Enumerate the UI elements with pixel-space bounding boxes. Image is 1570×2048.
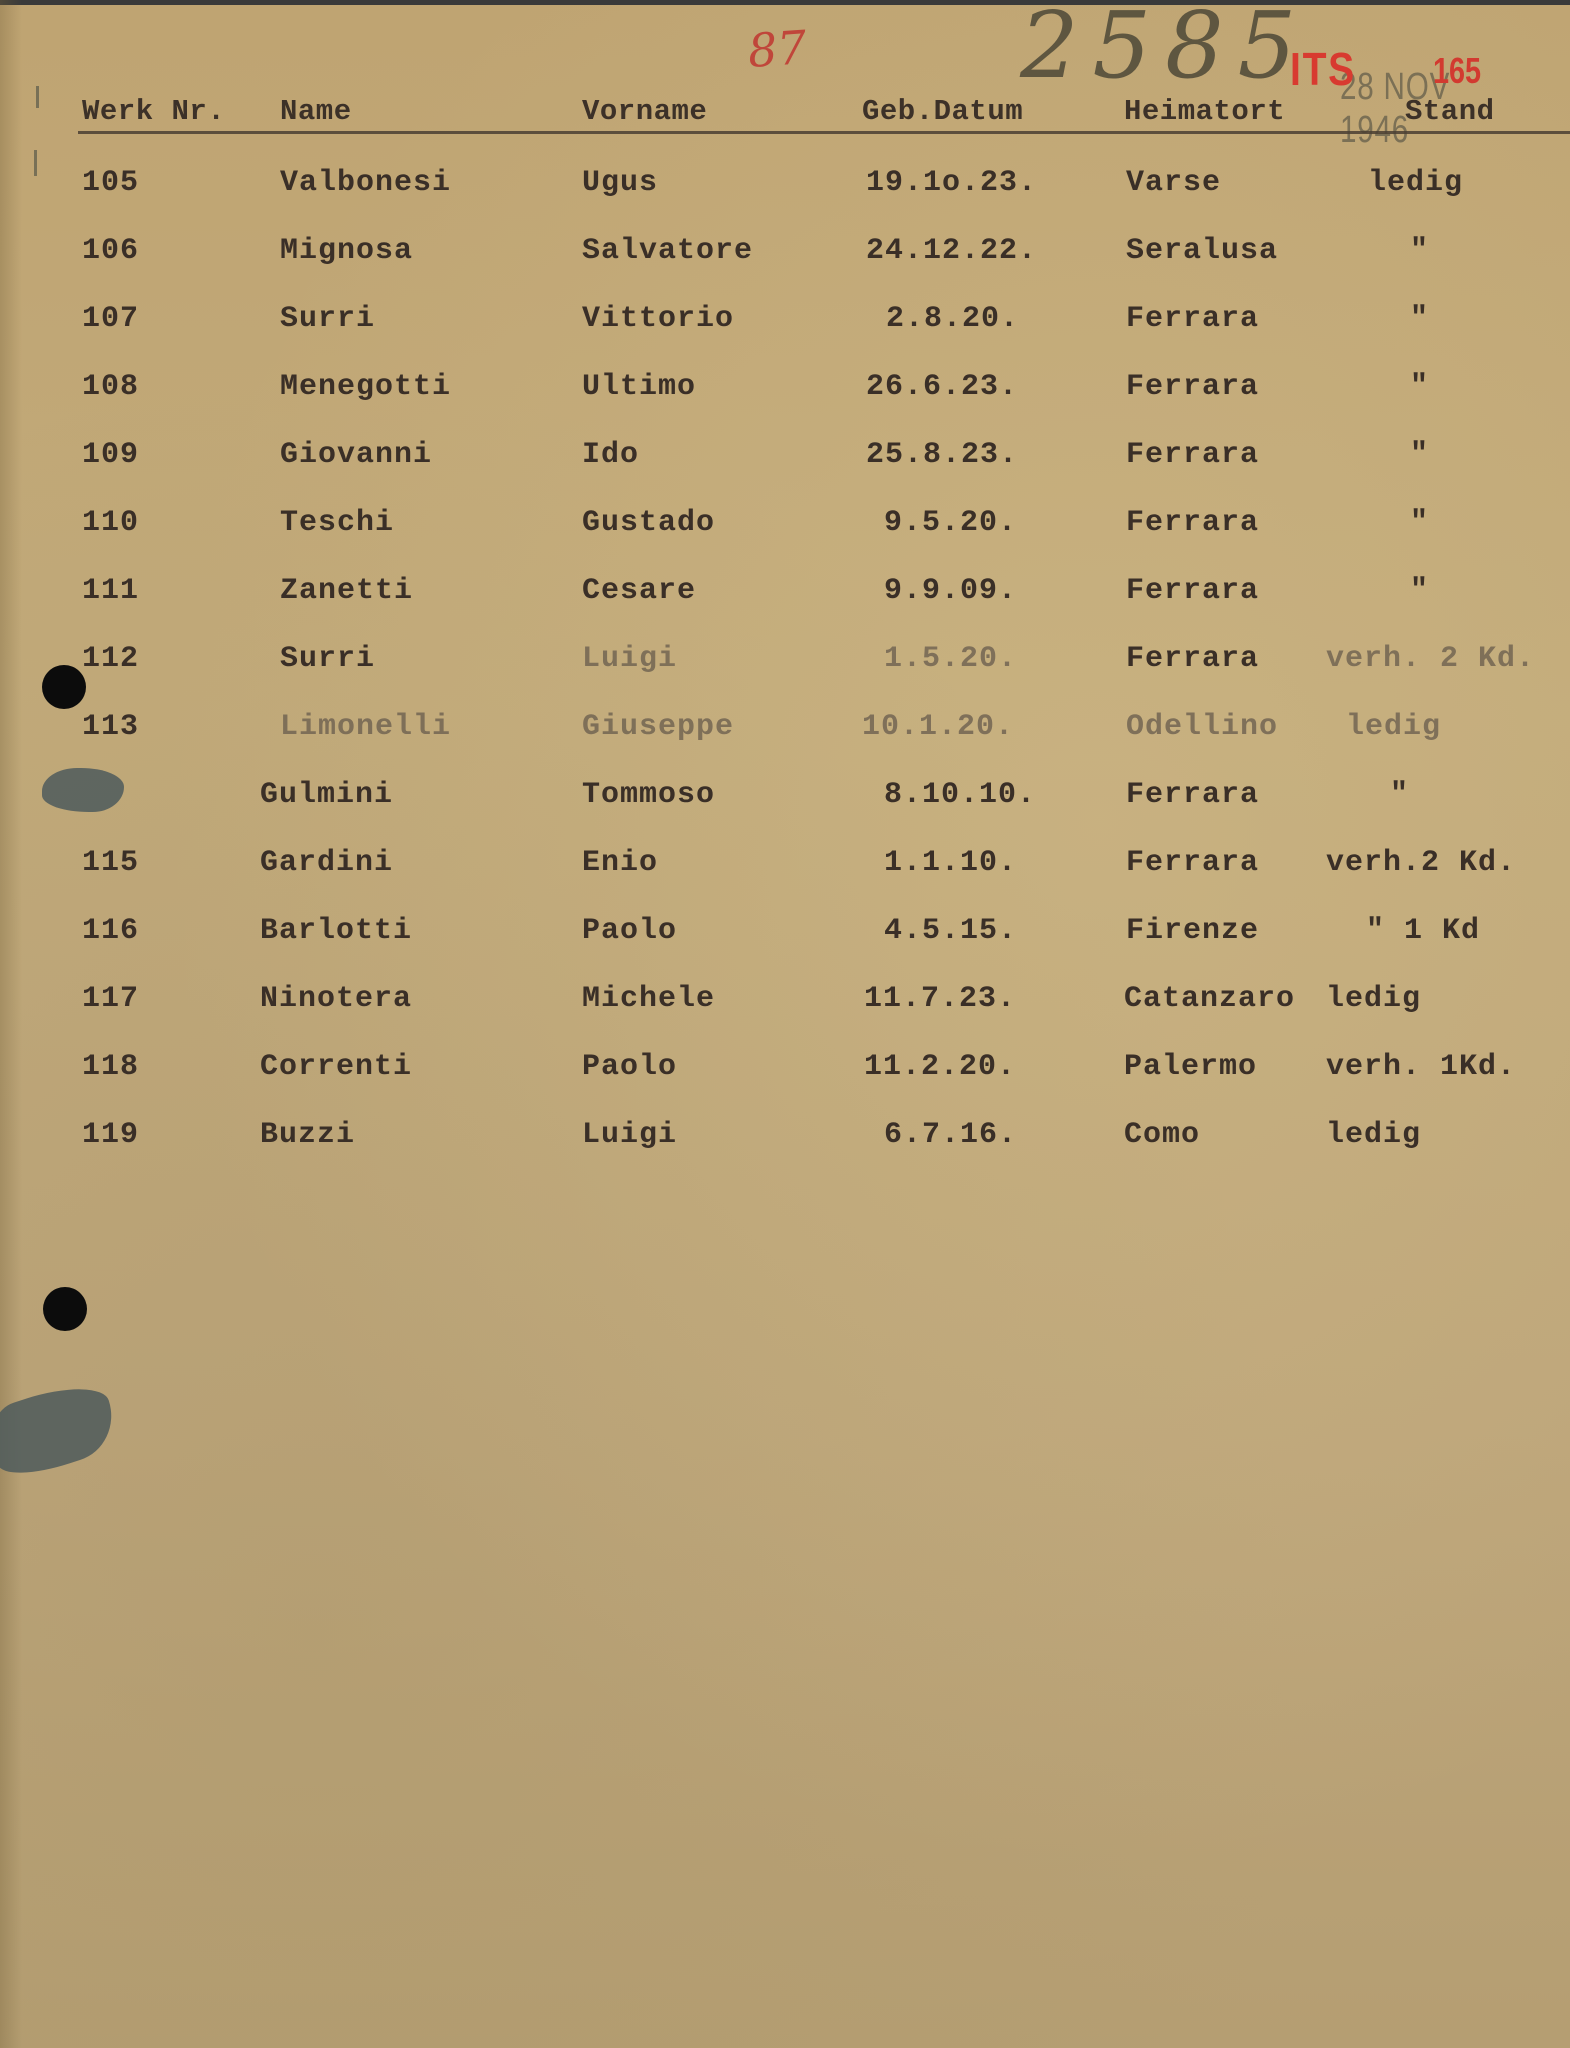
header-vorname: Vorname — [582, 95, 707, 128]
name: Correnti — [260, 1050, 412, 1084]
header-geb-datum: Geb.Datum — [862, 95, 1023, 128]
vorname: Paolo — [582, 1050, 677, 1084]
vorname: Paolo — [582, 914, 677, 948]
geb-datum: 6.7.16. — [884, 1118, 1017, 1152]
table-row: 106 Mignosa Salvatore 24.12.22. Seralusa… — [0, 234, 1570, 284]
name: Mignosa — [280, 234, 413, 268]
handwritten-document-number: 2585 — [1020, 0, 1310, 99]
punch-hole — [42, 665, 86, 709]
werk-nr: 113 — [82, 710, 139, 744]
stand: " — [1410, 438, 1429, 472]
ink-blot — [42, 768, 124, 812]
name: Giovanni — [280, 438, 432, 472]
table-row: 113 Limonelli Giuseppe 10.1.20. Odellino… — [0, 710, 1570, 760]
geb-datum: 11.2.20. — [864, 1050, 1016, 1084]
header-stand: Stand — [1405, 95, 1495, 128]
werk-nr: 110 — [82, 506, 139, 540]
werk-nr: 117 — [82, 982, 139, 1016]
name: Menegotti — [280, 370, 451, 404]
heimatort: Palermo — [1124, 1050, 1257, 1084]
werk-nr: 119 — [82, 1118, 139, 1152]
stand: verh. 2 Kd. — [1326, 642, 1535, 676]
stand: " — [1410, 302, 1429, 336]
vorname: Luigi — [582, 642, 677, 676]
geb-datum: 1.1.10. — [884, 846, 1017, 880]
table-row: 119 Buzzi Luigi 6.7.16. Como ledig — [0, 1118, 1570, 1168]
name: Buzzi — [260, 1118, 355, 1152]
stand: ledig — [1346, 710, 1441, 744]
name: Surri — [280, 302, 375, 336]
vorname: Salvatore — [582, 234, 753, 268]
stand: ledig — [1326, 1118, 1421, 1152]
heimatort: Ferrara — [1126, 642, 1259, 676]
header-underline — [78, 131, 1570, 134]
werk-nr: 118 — [82, 1050, 139, 1084]
stand: " — [1410, 574, 1429, 608]
geb-datum: 1.5.20. — [884, 642, 1017, 676]
werk-nr: 111 — [82, 574, 139, 608]
stand: " — [1410, 234, 1429, 268]
table-row: 112 Surri Luigi 1.5.20. Ferrara verh. 2 … — [0, 642, 1570, 692]
name: Gardini — [260, 846, 393, 880]
heimatort: Firenze — [1126, 914, 1259, 948]
vorname: Enio — [582, 846, 658, 880]
geb-datum: 11.7.23. — [864, 982, 1016, 1016]
name: Zanetti — [280, 574, 413, 608]
heimatort: Como — [1124, 1118, 1200, 1152]
heimatort: Ferrara — [1126, 506, 1259, 540]
geb-datum: 2.8.20. — [886, 302, 1019, 336]
name: Limonelli — [280, 710, 451, 744]
vorname: Michele — [582, 982, 715, 1016]
stand: " — [1410, 370, 1429, 404]
stand: " 1 Kd — [1366, 914, 1480, 948]
geb-datum: 8.10.10. — [884, 778, 1036, 812]
werk-nr: 105 — [82, 166, 139, 200]
stand: verh.2 Kd. — [1326, 846, 1516, 880]
heimatort: Ferrara — [1126, 574, 1259, 608]
geb-datum: 4.5.15. — [884, 914, 1017, 948]
table-row: 111 Zanetti Cesare 9.9.09. Ferrara " — [0, 574, 1570, 624]
stand: verh. 1Kd. — [1326, 1050, 1516, 1084]
stamp-number: 165 — [1433, 50, 1481, 92]
werk-nr: 106 — [82, 234, 139, 268]
heimatort: Ferrara — [1126, 438, 1259, 472]
table-row: 118 Correnti Paolo 11.2.20. Palermo verh… — [0, 1050, 1570, 1100]
table-row: 114 Gulmini Tommoso 8.10.10. Ferrara " — [0, 778, 1570, 828]
heimatort: Ferrara — [1126, 846, 1259, 880]
stamp-its-label: ITS — [1290, 42, 1356, 96]
name: Teschi — [280, 506, 394, 540]
table-row: 108 Menegotti Ultimo 26.6.23. Ferrara " — [0, 370, 1570, 420]
header-name: Name — [280, 95, 352, 128]
name: Surri — [280, 642, 375, 676]
geb-datum: 25.8.23. — [866, 438, 1018, 472]
vorname: Gustado — [582, 506, 715, 540]
werk-nr: 115 — [82, 846, 139, 880]
table-row: 105 Valbonesi Ugus 19.1o.23. Varse ledig — [0, 166, 1570, 216]
heimatort: Ferrara — [1126, 778, 1259, 812]
werk-nr: 116 — [82, 914, 139, 948]
geb-datum: 9.5.20. — [884, 506, 1017, 540]
stand: ledig — [1368, 166, 1463, 200]
geb-datum: 26.6.23. — [866, 370, 1018, 404]
vorname: Ultimo — [582, 370, 696, 404]
heimatort: Ferrara — [1126, 302, 1259, 336]
table-row: 115 Gardini Enio 1.1.10. Ferrara verh.2 … — [0, 846, 1570, 896]
header-heimatort: Heimatort — [1124, 95, 1285, 128]
heimatort: Odellino — [1126, 710, 1278, 744]
stand: " — [1410, 506, 1429, 540]
table-row: 117 Ninotera Michele 11.7.23. Catanzaro … — [0, 982, 1570, 1032]
vorname: Cesare — [582, 574, 696, 608]
stand: " — [1390, 778, 1409, 812]
werk-nr: 112 — [82, 642, 139, 676]
scan-edge — [0, 0, 1570, 5]
geb-datum: 24.12.22. — [866, 234, 1037, 268]
vorname: Ugus — [582, 166, 658, 200]
geb-datum: 19.1o.23. — [866, 166, 1037, 200]
table-row: 109 Giovanni Ido 25.8.23. Ferrara " — [0, 438, 1570, 488]
table-row: 110 Teschi Gustado 9.5.20. Ferrara " — [0, 506, 1570, 556]
heimatort: Ferrara — [1126, 370, 1259, 404]
table-header: Werk Nr. Name Vorname Geb.Datum Heimator… — [0, 95, 1570, 135]
vorname: Tommoso — [582, 778, 715, 812]
vorname: Ido — [582, 438, 639, 472]
vorname: Giuseppe — [582, 710, 734, 744]
punch-hole — [43, 1287, 87, 1331]
geb-datum: 9.9.09. — [884, 574, 1017, 608]
werk-nr: 108 — [82, 370, 139, 404]
header-werk-nr: Werk Nr. — [82, 95, 225, 128]
name: Barlotti — [260, 914, 412, 948]
heimatort: Varse — [1126, 166, 1221, 200]
table-row: 116 Barlotti Paolo 4.5.15. Firenze " 1 K… — [0, 914, 1570, 964]
geb-datum: 10.1.20. — [862, 710, 1014, 744]
name: Ninotera — [260, 982, 412, 1016]
handwritten-page-number: 87 — [746, 20, 808, 78]
name: Valbonesi — [280, 166, 451, 200]
werk-nr: 107 — [82, 302, 139, 336]
heimatort: Seralusa — [1126, 234, 1278, 268]
stand: ledig — [1326, 982, 1421, 1016]
heimatort: Catanzaro — [1124, 982, 1295, 1016]
name: Gulmini — [260, 778, 393, 812]
vorname: Vittorio — [582, 302, 734, 336]
table-row: 107 Surri Vittorio 2.8.20. Ferrara " — [0, 302, 1570, 352]
vorname: Luigi — [582, 1118, 677, 1152]
werk-nr: 109 — [82, 438, 139, 472]
